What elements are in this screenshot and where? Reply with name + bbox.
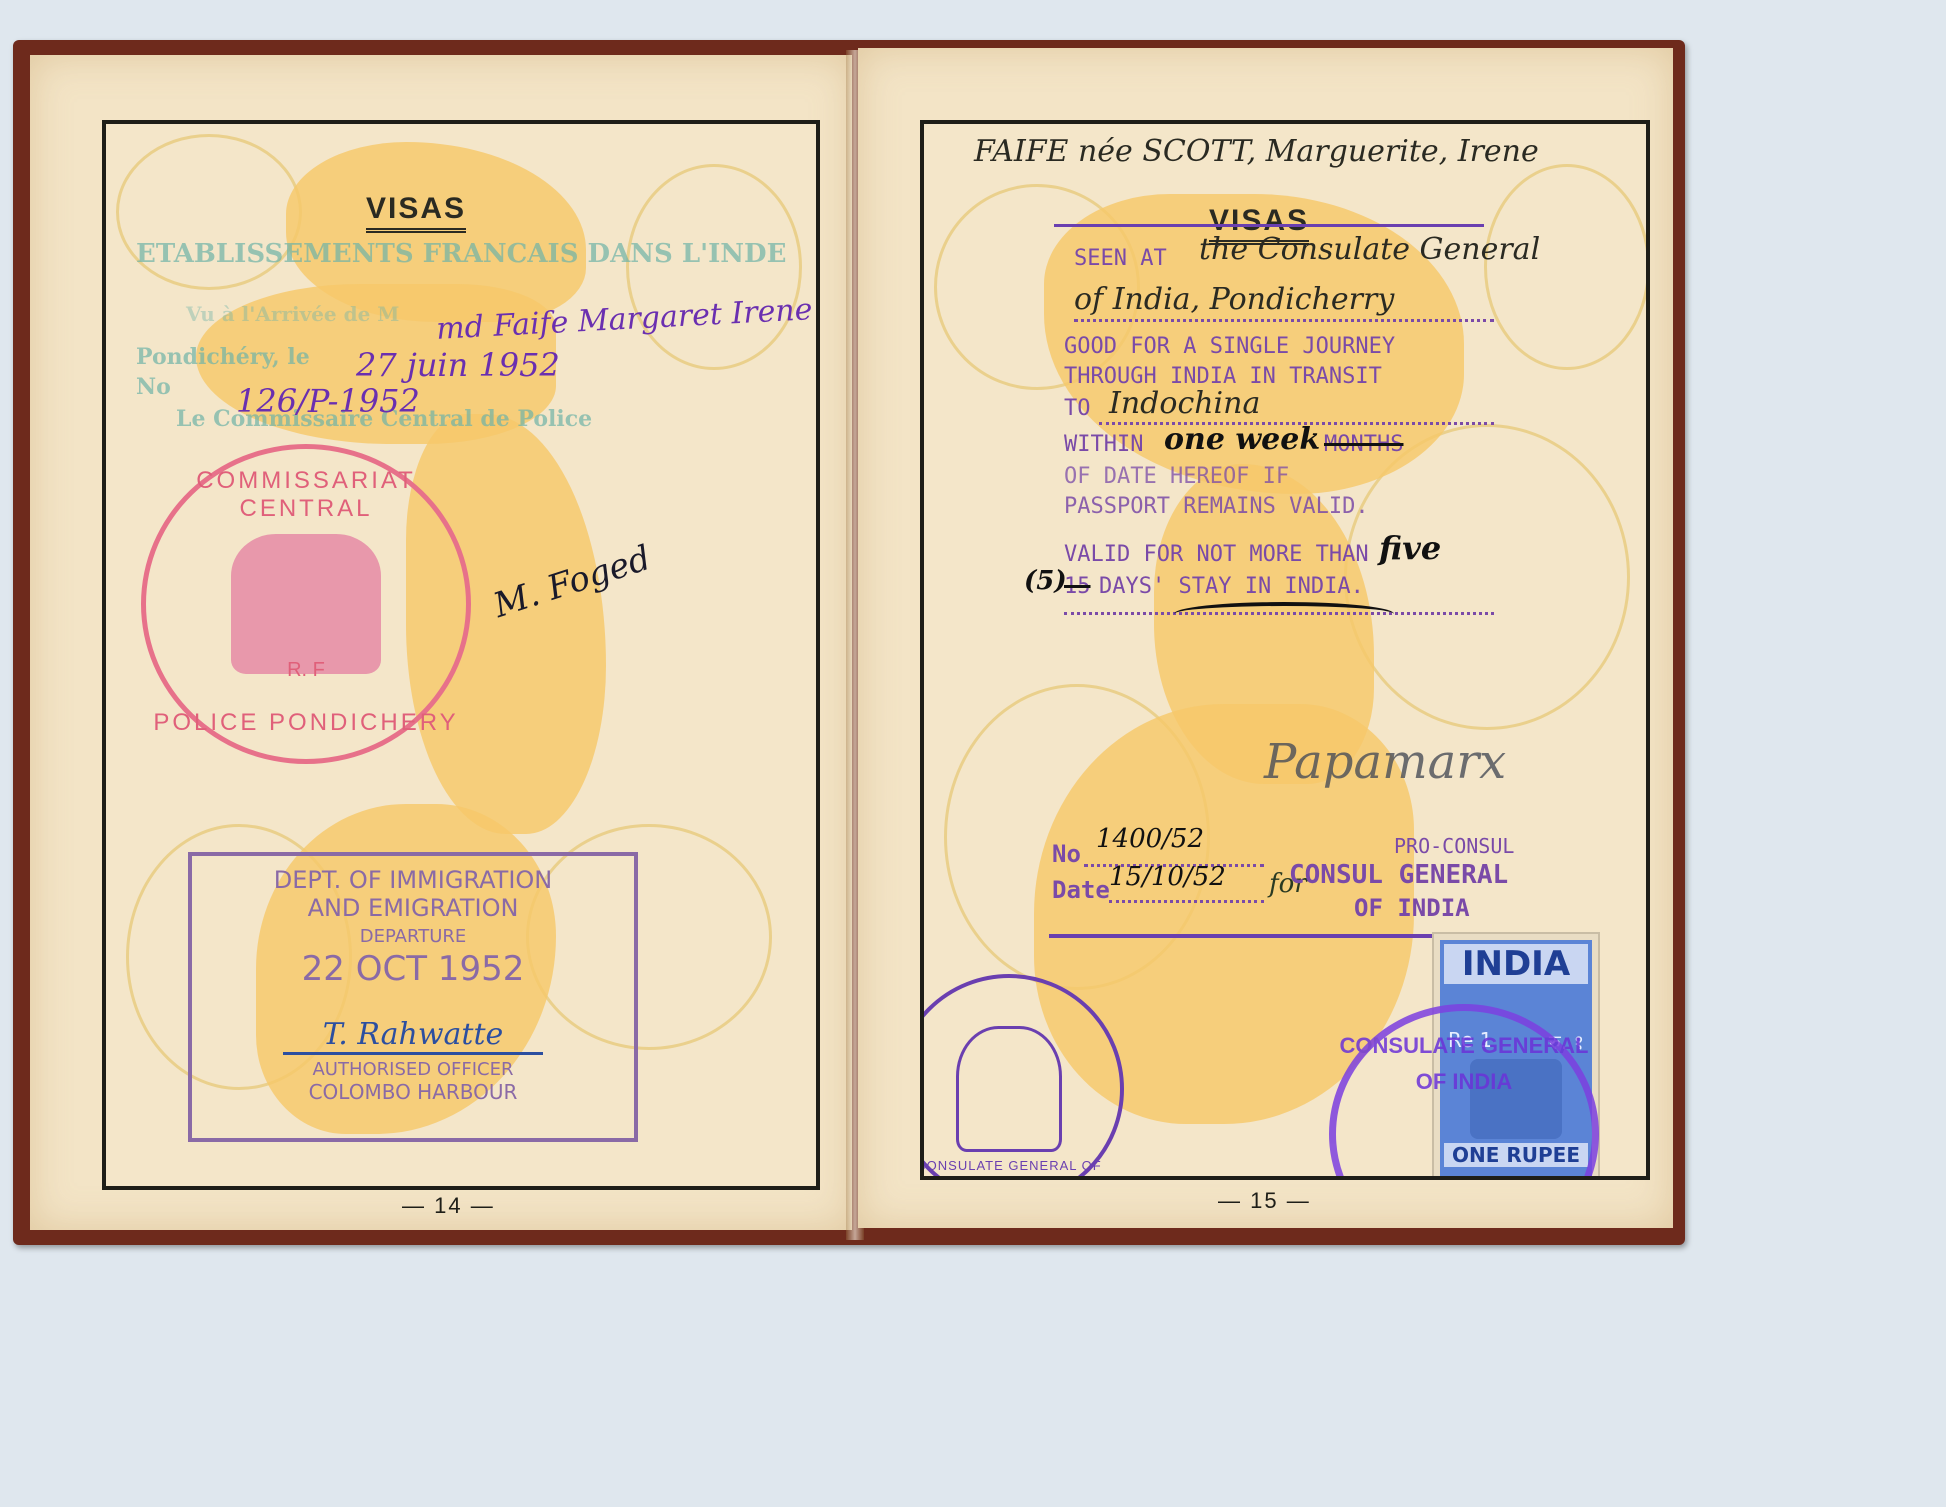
date-label: Date <box>1052 876 1110 904</box>
right-page: FAIFE née SCOTT, Marguerite, Irene VISAS… <box>858 48 1673 1228</box>
page-number: — 14 — <box>402 1193 495 1219</box>
consul-signature: Papamarx <box>1264 734 1506 790</box>
seen-at-value: of India, Pondicherry <box>1074 282 1394 317</box>
days-stay: DAYS' STAY IN INDIA. <box>1099 574 1364 599</box>
police-seal-center: R. F <box>146 659 466 682</box>
visa-line: GOOD FOR A SINGLE JOURNEY <box>1064 334 1395 359</box>
departure-stamp-line: DEPT. OF IMMIGRATION <box>192 866 634 894</box>
seen-at-value: the Consulate General <box>1199 232 1540 267</box>
lion-capital-emblem <box>956 1026 1062 1152</box>
police-seal: COMMISSARIAT CENTRAL R. F POLICE PONDICH… <box>141 444 471 764</box>
valid-for-value: five <box>1379 529 1441 567</box>
seen-at-label: SEEN AT <box>1074 246 1167 271</box>
departure-stamp: DEPT. OF IMMIGRATION AND EMIGRATION DEPA… <box>188 852 638 1142</box>
dotted-line <box>1074 319 1494 322</box>
police-seal-bottom: POLICE PONDICHERY <box>146 709 466 737</box>
printed-stamp-line: No <box>136 374 171 400</box>
left-page: VISAS ETABLISSEMENTS FRANCAIS DANS L'IND… <box>30 55 852 1230</box>
cancel-seal-middle: OF INDIA <box>1336 1069 1592 1095</box>
stamp-country: INDIA <box>1444 944 1588 984</box>
officer-signature: T. Rahwatte <box>283 1017 544 1055</box>
officer-role: AUTHORISED OFFICER <box>192 1059 634 1080</box>
no-label: No <box>1052 840 1081 868</box>
marianne-emblem <box>231 534 381 674</box>
days-prefix: (5) <box>1024 566 1067 596</box>
left-page-frame: VISAS ETABLISSEMENTS FRANCAIS DANS L'IND… <box>102 120 820 1190</box>
right-page-frame: FAIFE née SCOTT, Marguerite, Irene VISAS… <box>920 120 1650 1180</box>
police-seal-top: COMMISSARIAT CENTRAL <box>146 467 466 523</box>
to-value: Indochina <box>1109 386 1260 421</box>
page-number: — 15 — <box>1218 1188 1311 1214</box>
departure-date: 22 OCT 1952 <box>192 949 634 989</box>
handwritten-flourish <box>1174 602 1394 626</box>
handwritten-date: 27 juin 1952 <box>356 346 560 384</box>
stamp-overprint: CONSULAR <box>1440 1179 1592 1180</box>
visas-heading: VISAS <box>366 192 466 233</box>
consulate-seal-text: CONSULATE GENERAL OF INDIA · PONDICHERRY <box>920 1158 1120 1180</box>
printed-stamp-line: Pondichéry, le <box>136 344 310 370</box>
printed-stamp-line: Vu à l'Arrivée de M <box>186 302 399 326</box>
valid-for-label: VALID FOR NOT MORE THAN <box>1064 542 1369 567</box>
holder-name: FAIFE née SCOTT, Marguerite, Irene <box>974 134 1539 169</box>
within-struck: MONTHS <box>1324 432 1403 457</box>
visa-line: PASSPORT REMAINS VALID. <box>1064 494 1369 519</box>
cancel-seal-top: CONSULATE GENERAL <box>1336 1033 1592 1059</box>
dragon-ornament <box>1484 164 1650 370</box>
days-struck: 15 <box>1064 574 1091 599</box>
departure-place: COLOMBO HARBOUR <box>192 1080 634 1104</box>
date-value: 15/10/52 <box>1109 862 1226 892</box>
violet-rule <box>1049 934 1439 938</box>
of-india: OF INDIA <box>1354 894 1470 922</box>
to-label: TO <box>1064 396 1091 421</box>
violet-rule <box>1054 224 1484 227</box>
departure-stamp-line: DEPARTURE <box>192 926 634 947</box>
handwritten-number: 126/P-1952 <box>236 382 420 420</box>
within-label: WITHIN <box>1064 432 1143 457</box>
visa-line: OF DATE HEREOF IF <box>1064 464 1289 489</box>
consul-general: CONSUL GENERAL <box>1289 860 1508 890</box>
within-value: one week <box>1164 422 1320 457</box>
printed-stamp-line: ETABLISSEMENTS FRANCAIS DANS L'INDE <box>136 239 786 269</box>
departure-stamp-line: AND EMIGRATION <box>192 894 634 922</box>
no-value: 1400/52 <box>1096 824 1204 854</box>
pro-consul: PRO-CONSUL <box>1394 834 1514 858</box>
dotted-line <box>1109 900 1264 903</box>
